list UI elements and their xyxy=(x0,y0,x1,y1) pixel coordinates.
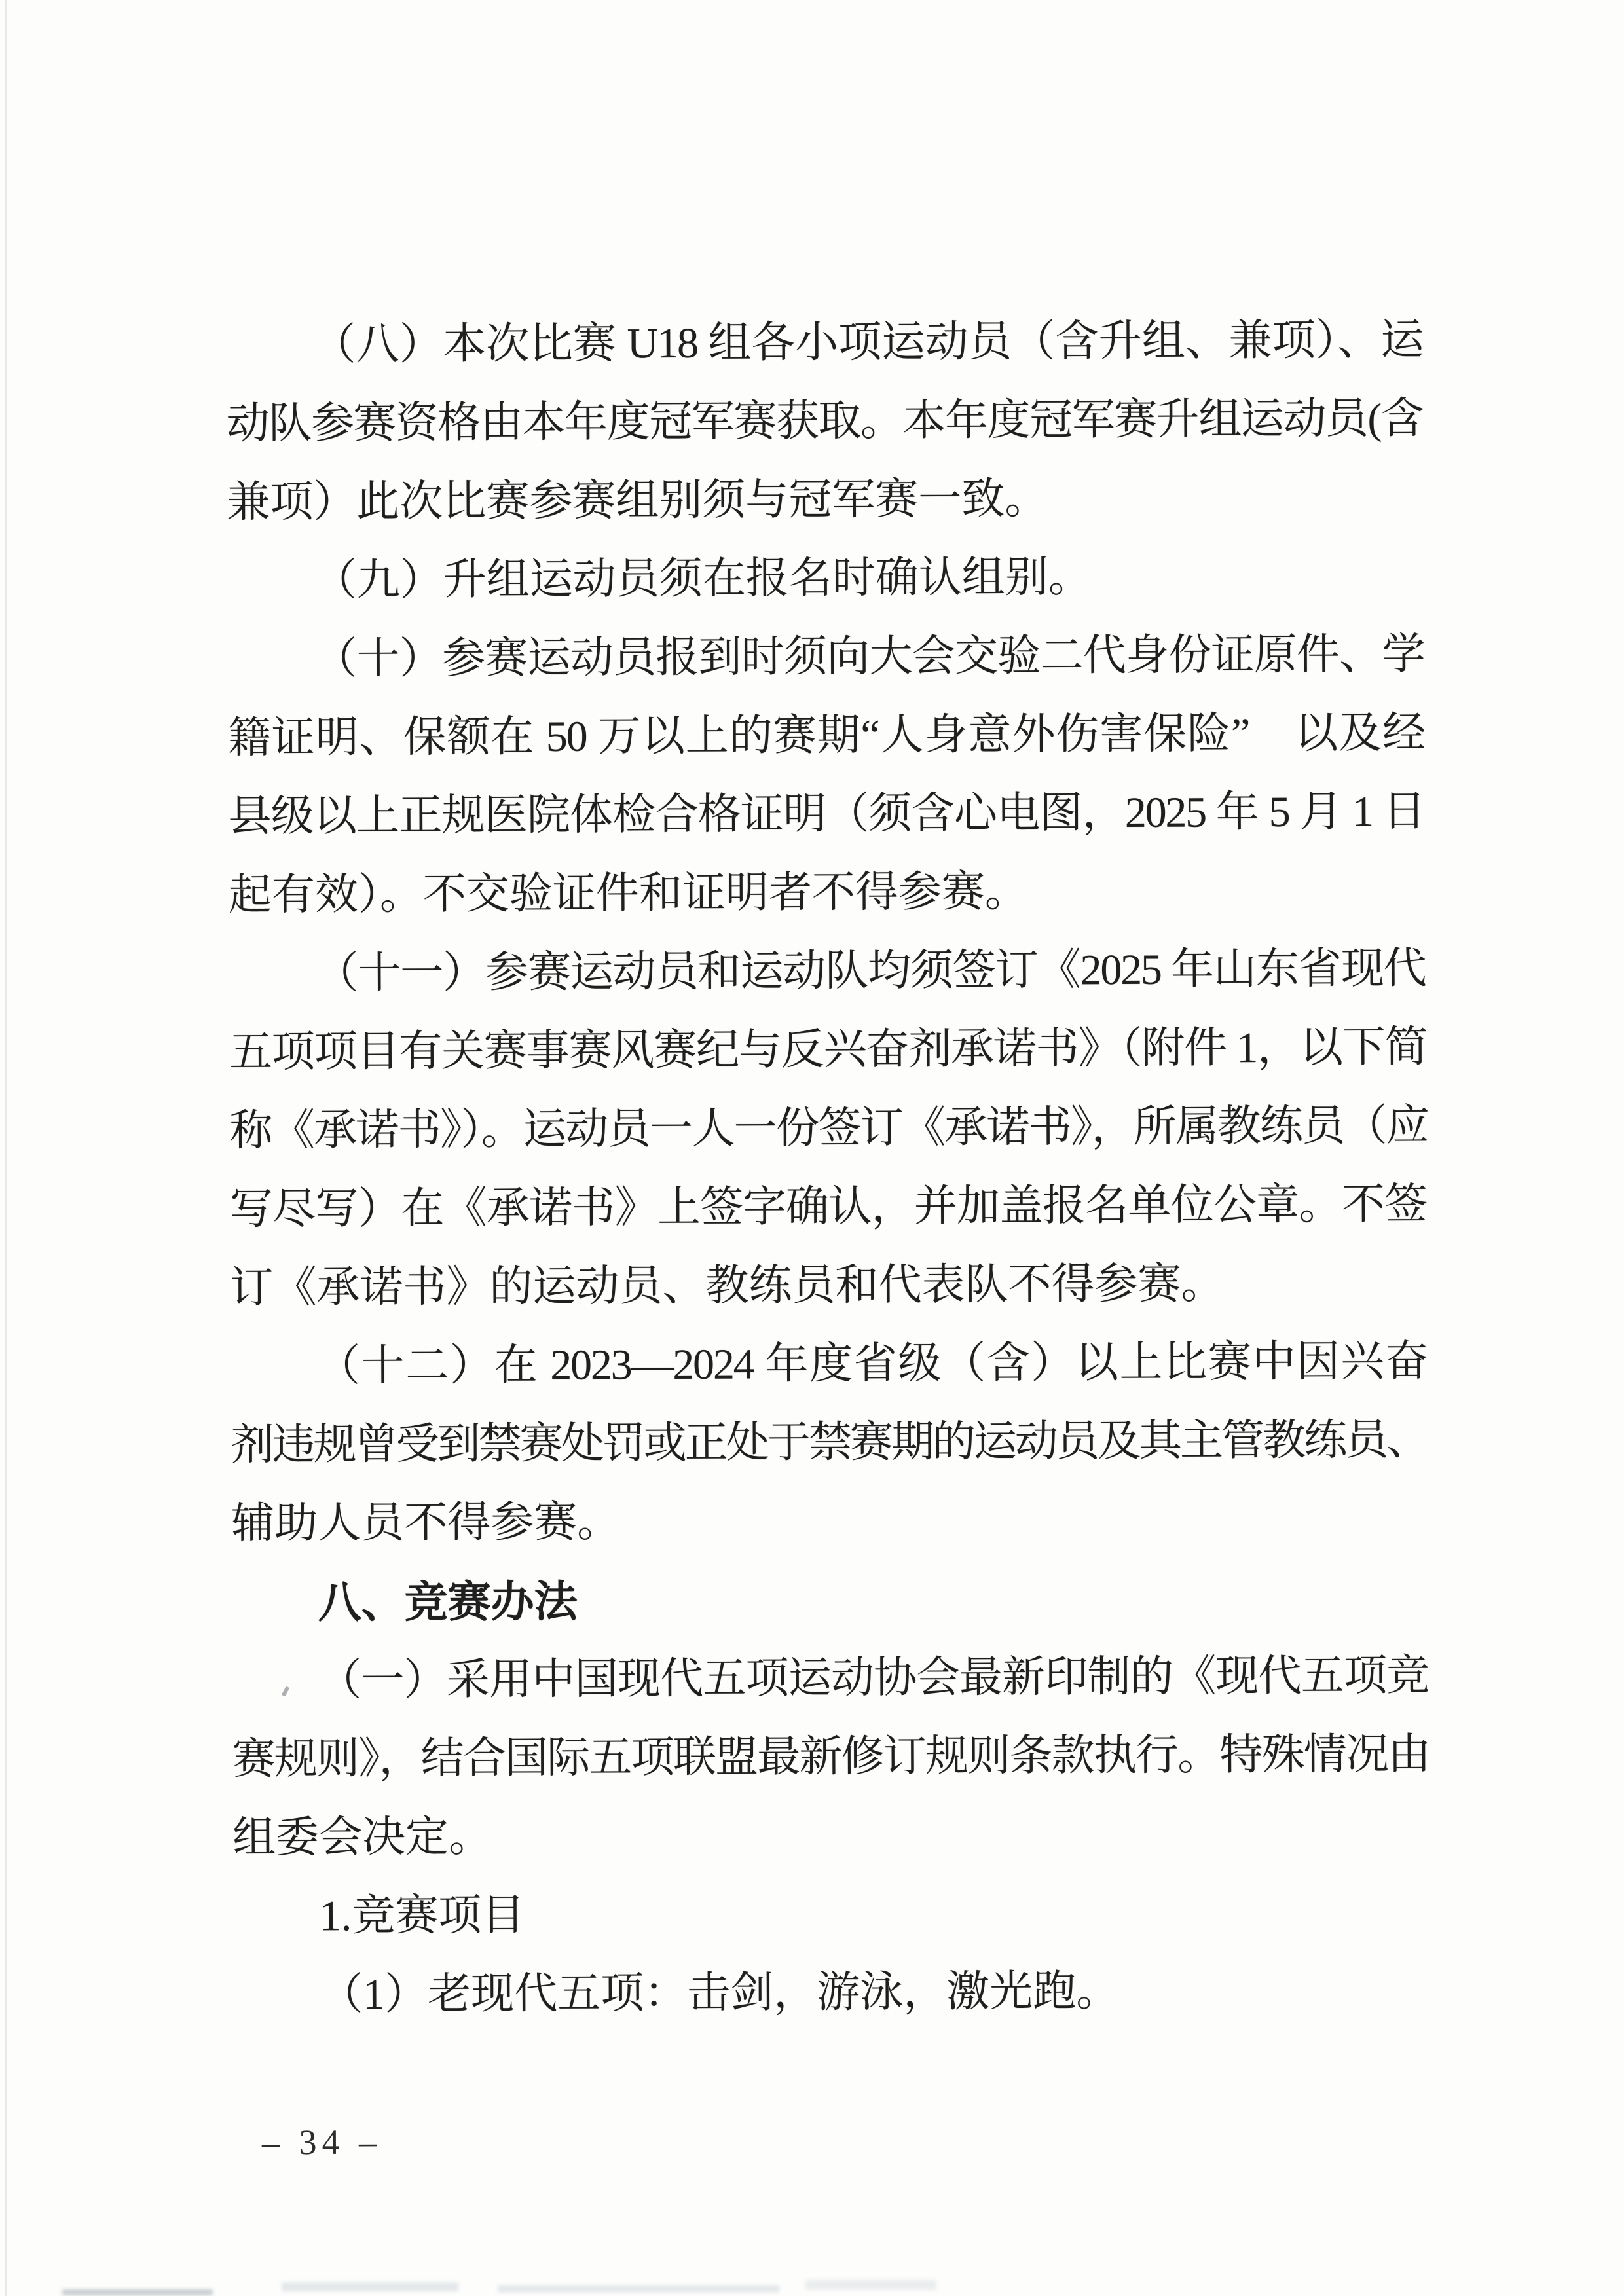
doc-line: （八）本次比赛 U18 组各小项运动员（含升组、兼项）、运 xyxy=(226,301,1423,385)
doc-line: （1）老现代五项：击剑，游泳，激光跑。 xyxy=(233,1951,1430,2035)
doc-line: 兼项）此次比赛参赛组别须与冠军赛一致。 xyxy=(227,458,1424,542)
document-text-block: （八）本次比赛 U18 组各小项运动员（含升组、兼项）、运 动队参赛资格由本年度… xyxy=(226,301,1430,2035)
scan-artifact xyxy=(498,2285,779,2293)
scan-artifact xyxy=(62,2289,213,2295)
doc-line: 赛规则》，结合国际五项联盟最新修订规则条款执行。特殊情况由 xyxy=(232,1715,1429,1799)
doc-line: （九）升组运动员须在报名时确认组别。 xyxy=(227,537,1424,621)
scan-artifact xyxy=(282,2282,458,2291)
doc-line: 辅助人员不得参赛。 xyxy=(231,1480,1428,1563)
doc-line: （十）参赛运动员报到时须向大会交验二代身份证原件、学 xyxy=(227,615,1424,699)
page-number: – 34 – xyxy=(262,2119,382,2166)
doc-line: 县级以上正规医院体检合格证明（须含心电图，2025 年 5 月 1 日 xyxy=(228,773,1425,856)
scan-artifact xyxy=(805,2280,936,2290)
doc-line: 组委会决定。 xyxy=(232,1794,1430,1878)
section-heading: 八、竞赛办法 xyxy=(231,1558,1428,1642)
doc-line: （十一）参赛运动员和运动队均须签订《2025 年山东省现代 xyxy=(229,930,1426,1013)
doc-line: 剂违规曾受到禁赛处罚或正处于禁赛期的运动员及其主管教练员、 xyxy=(231,1401,1428,1485)
doc-line: 五项项目有关赛事赛风赛纪与反兴奋剂承诺书》（附件 1，以下简 xyxy=(229,1008,1426,1092)
doc-line: 起有效）。不交验证件和证明者不得参赛。 xyxy=(229,851,1426,935)
doc-line: 写尽写）在《承诺书》上签字确认，并加盖报名单位公章。不签 xyxy=(230,1165,1427,1249)
doc-line: 1.竞赛项目 xyxy=(232,1872,1430,1956)
scan-edge-artifact xyxy=(5,0,7,2296)
scanned-document-page: （八）本次比赛 U18 组各小项运动员（含升组、兼项）、运 动队参赛资格由本年度… xyxy=(0,0,1624,2296)
doc-line: 订《承诺书》的运动员、教练员和代表队不得参赛。 xyxy=(230,1244,1427,1328)
doc-line: （一）采用中国现代五项运动协会最新印制的《现代五项竞 xyxy=(232,1637,1429,1721)
doc-line: 称《承诺书》）。运动员一人一份签订《承诺书》，所属教练员（应 xyxy=(229,1087,1426,1171)
doc-line: 籍证明、保额在 50 万以上的赛期“人身意外伤害保险” 以及经 xyxy=(228,694,1425,778)
doc-line: 动队参赛资格由本年度冠军赛获取。本年度冠军赛升组运动员(含 xyxy=(227,380,1424,464)
doc-line: （十二）在 2023—2024 年度省级（含）以上比赛中因兴奋 xyxy=(231,1322,1428,1406)
